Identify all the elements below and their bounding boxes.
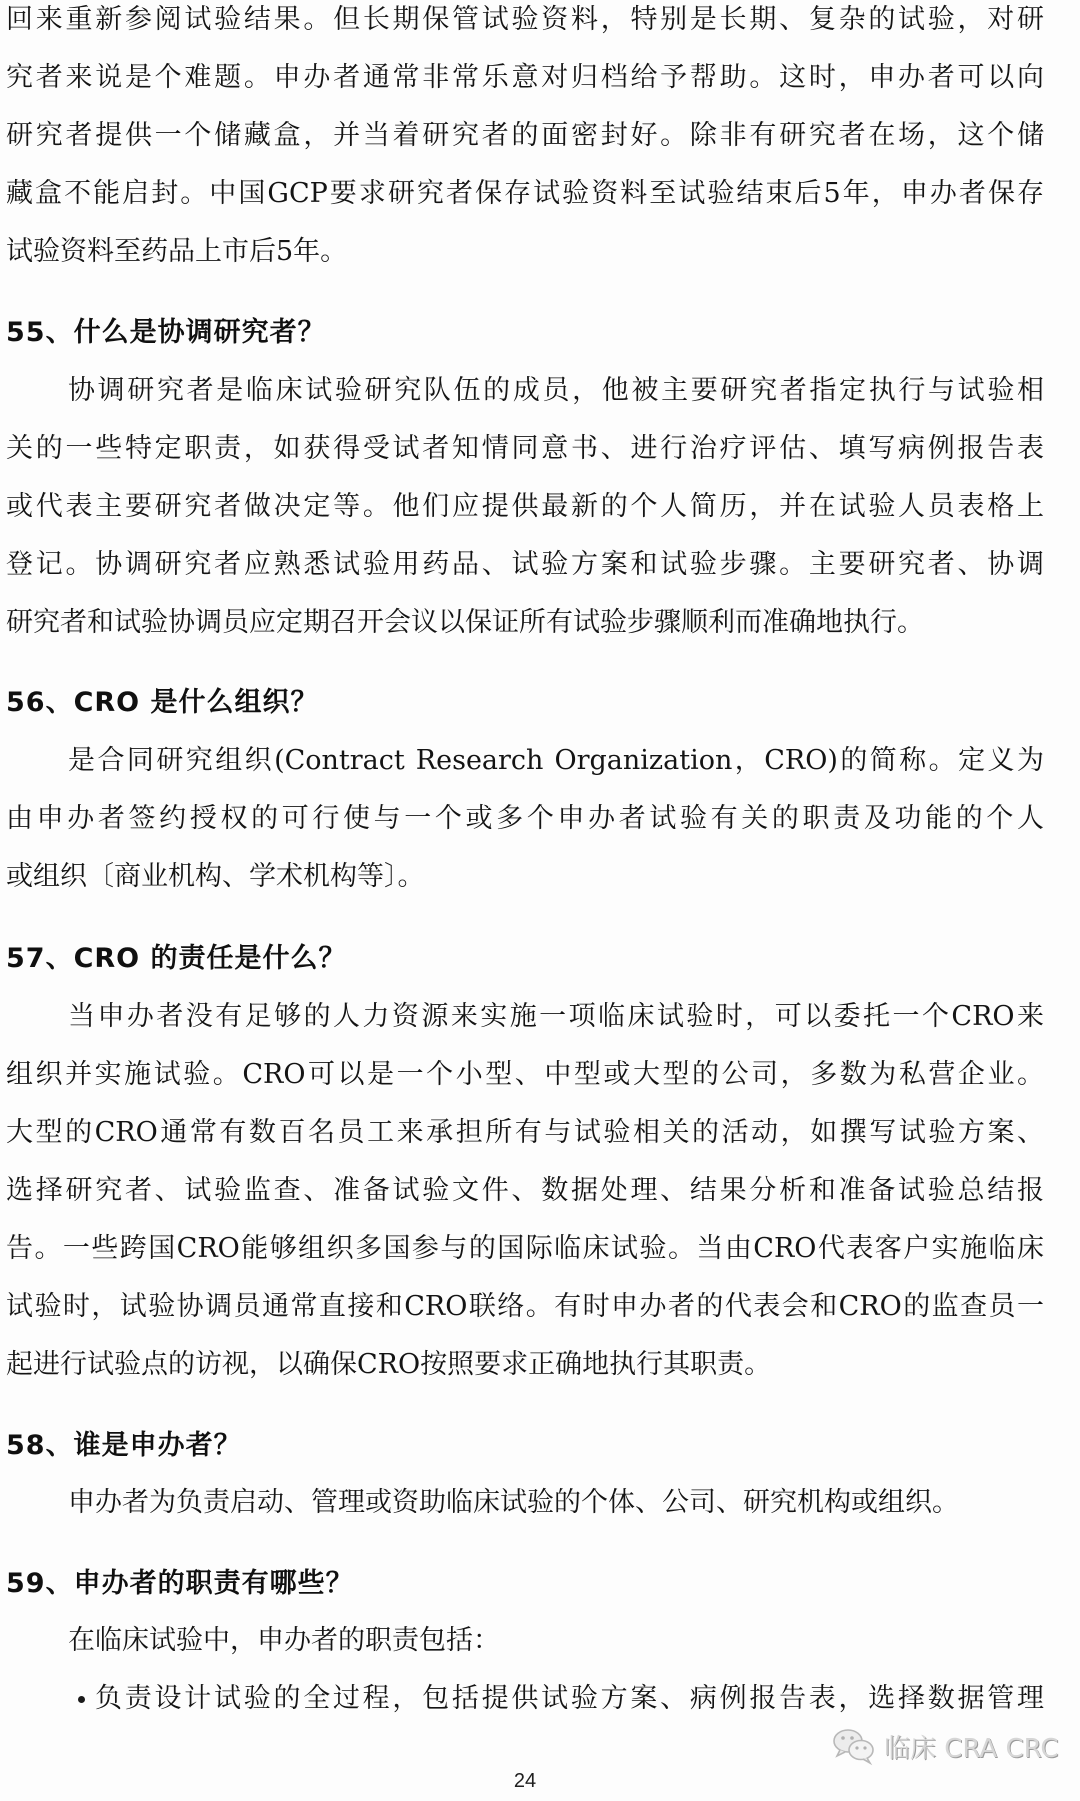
paragraph-line: 在临床试验中，申办者的职责包括： bbox=[68, 1621, 1044, 1661]
paragraph-line: 选择研究者、试验监查、准备试验文件、数据处理、结果分析和准备试验总结报 bbox=[6, 1171, 1044, 1211]
bullet-icon bbox=[78, 1696, 85, 1703]
paragraph-line: 组织并实施试验。CRO可以是一个小型、中型或大型的公司，多数为私营企业。 bbox=[6, 1055, 1044, 1095]
bullet-item: 负责设计试验的全过程，包括提供试验方案、病例报告表，选择数据管理 bbox=[74, 1679, 1044, 1719]
paragraph-line: 申办者为负责启动、管理或资助临床试验的个体、公司、研究机构或组织。 bbox=[68, 1483, 1044, 1523]
section-heading-58: 58、谁是申办者？ bbox=[6, 1426, 242, 1466]
paragraph-line: 是合同研究组织(Contract Research Organization，C… bbox=[68, 741, 1044, 781]
section-heading-59: 59、申办者的职责有哪些？ bbox=[6, 1564, 354, 1604]
section-heading-55: 55、什么是协调研究者？ bbox=[6, 313, 326, 353]
paragraph-line: 试验资料至药品上市后5年。 bbox=[6, 232, 1044, 272]
paragraph-line: 大型的CRO通常有数百名员工来承担所有与试验相关的活动，如撰写试验方案、 bbox=[6, 1113, 1044, 1153]
paragraph-line: 登记。协调研究者应熟悉试验用药品、试验方案和试验步骤。主要研究者、协调 bbox=[6, 545, 1044, 585]
bullet-text: 负责设计试验的全过程，包括提供试验方案、病例报告表，选择数据管理 bbox=[95, 1679, 1044, 1719]
paragraph-line: 关的一些特定职责，如获得受试者知情同意书、进行治疗评估、填写病例报告表 bbox=[6, 429, 1044, 469]
paragraph-line: 当申办者没有足够的人力资源来实施一项临床试验时，可以委托一个CRO来 bbox=[68, 997, 1044, 1037]
paragraph-line: 协调研究者是临床试验研究队伍的成员，他被主要研究者指定执行与试验相 bbox=[68, 371, 1044, 411]
page-number: 24 bbox=[500, 1770, 550, 1793]
paragraph-line: 研究者和试验协调员应定期召开会议以保证所有试验步骤顺利而准确地执行。 bbox=[6, 603, 1044, 643]
section-heading-56: 56、CRO 是什么组织？ bbox=[6, 683, 319, 723]
wechat-icon bbox=[832, 1726, 876, 1766]
paragraph-line: 研究者提供一个储藏盒，并当着研究者的面密封好。除非有研究者在场，这个储 bbox=[6, 116, 1044, 156]
paragraph-line: 或代表主要研究者做决定等。他们应提供最新的个人简历，并在试验人员表格上 bbox=[6, 487, 1044, 527]
paragraph-line: 藏盒不能启封。中国GCP要求研究者保存试验资料至试验结束后5年，申办者保存 bbox=[6, 174, 1044, 214]
paragraph-line: 起进行试验点的访视，以确保CRO按照要求正确地执行其职责。 bbox=[6, 1345, 1044, 1385]
paragraph-line: 回来重新参阅试验结果。但长期保管试验资料，特别是长期、复杂的试验，对研 bbox=[6, 0, 1044, 40]
paragraph-line: 试验时，试验协调员通常直接和CRO联络。有时申办者的代表会和CRO的监查员一 bbox=[6, 1287, 1044, 1327]
paragraph-line: 究者来说是个难题。申办者通常非常乐意对归档给予帮助。这时，申办者可以向 bbox=[6, 58, 1044, 98]
section-heading-57: 57、CRO 的责任是什么？ bbox=[6, 939, 347, 979]
watermark: 临床 CRA CRC bbox=[832, 1724, 1059, 1768]
document-page: 回来重新参阅试验结果。但长期保管试验资料，特别是长期、复杂的试验，对研 究者来说… bbox=[0, 0, 1080, 1801]
paragraph-line: 或组织〔商业机构、学术机构等〕。 bbox=[6, 857, 1044, 897]
watermark-text: 临床 CRA CRC bbox=[884, 1728, 1059, 1765]
paragraph-line: 由申办者签约授权的可行使与一个或多个申办者试验有关的职责及功能的个人 bbox=[6, 799, 1044, 839]
paragraph-line: 告。一些跨国CRO能够组织多国参与的国际临床试验。当由CRO代表客户实施临床 bbox=[6, 1229, 1044, 1269]
